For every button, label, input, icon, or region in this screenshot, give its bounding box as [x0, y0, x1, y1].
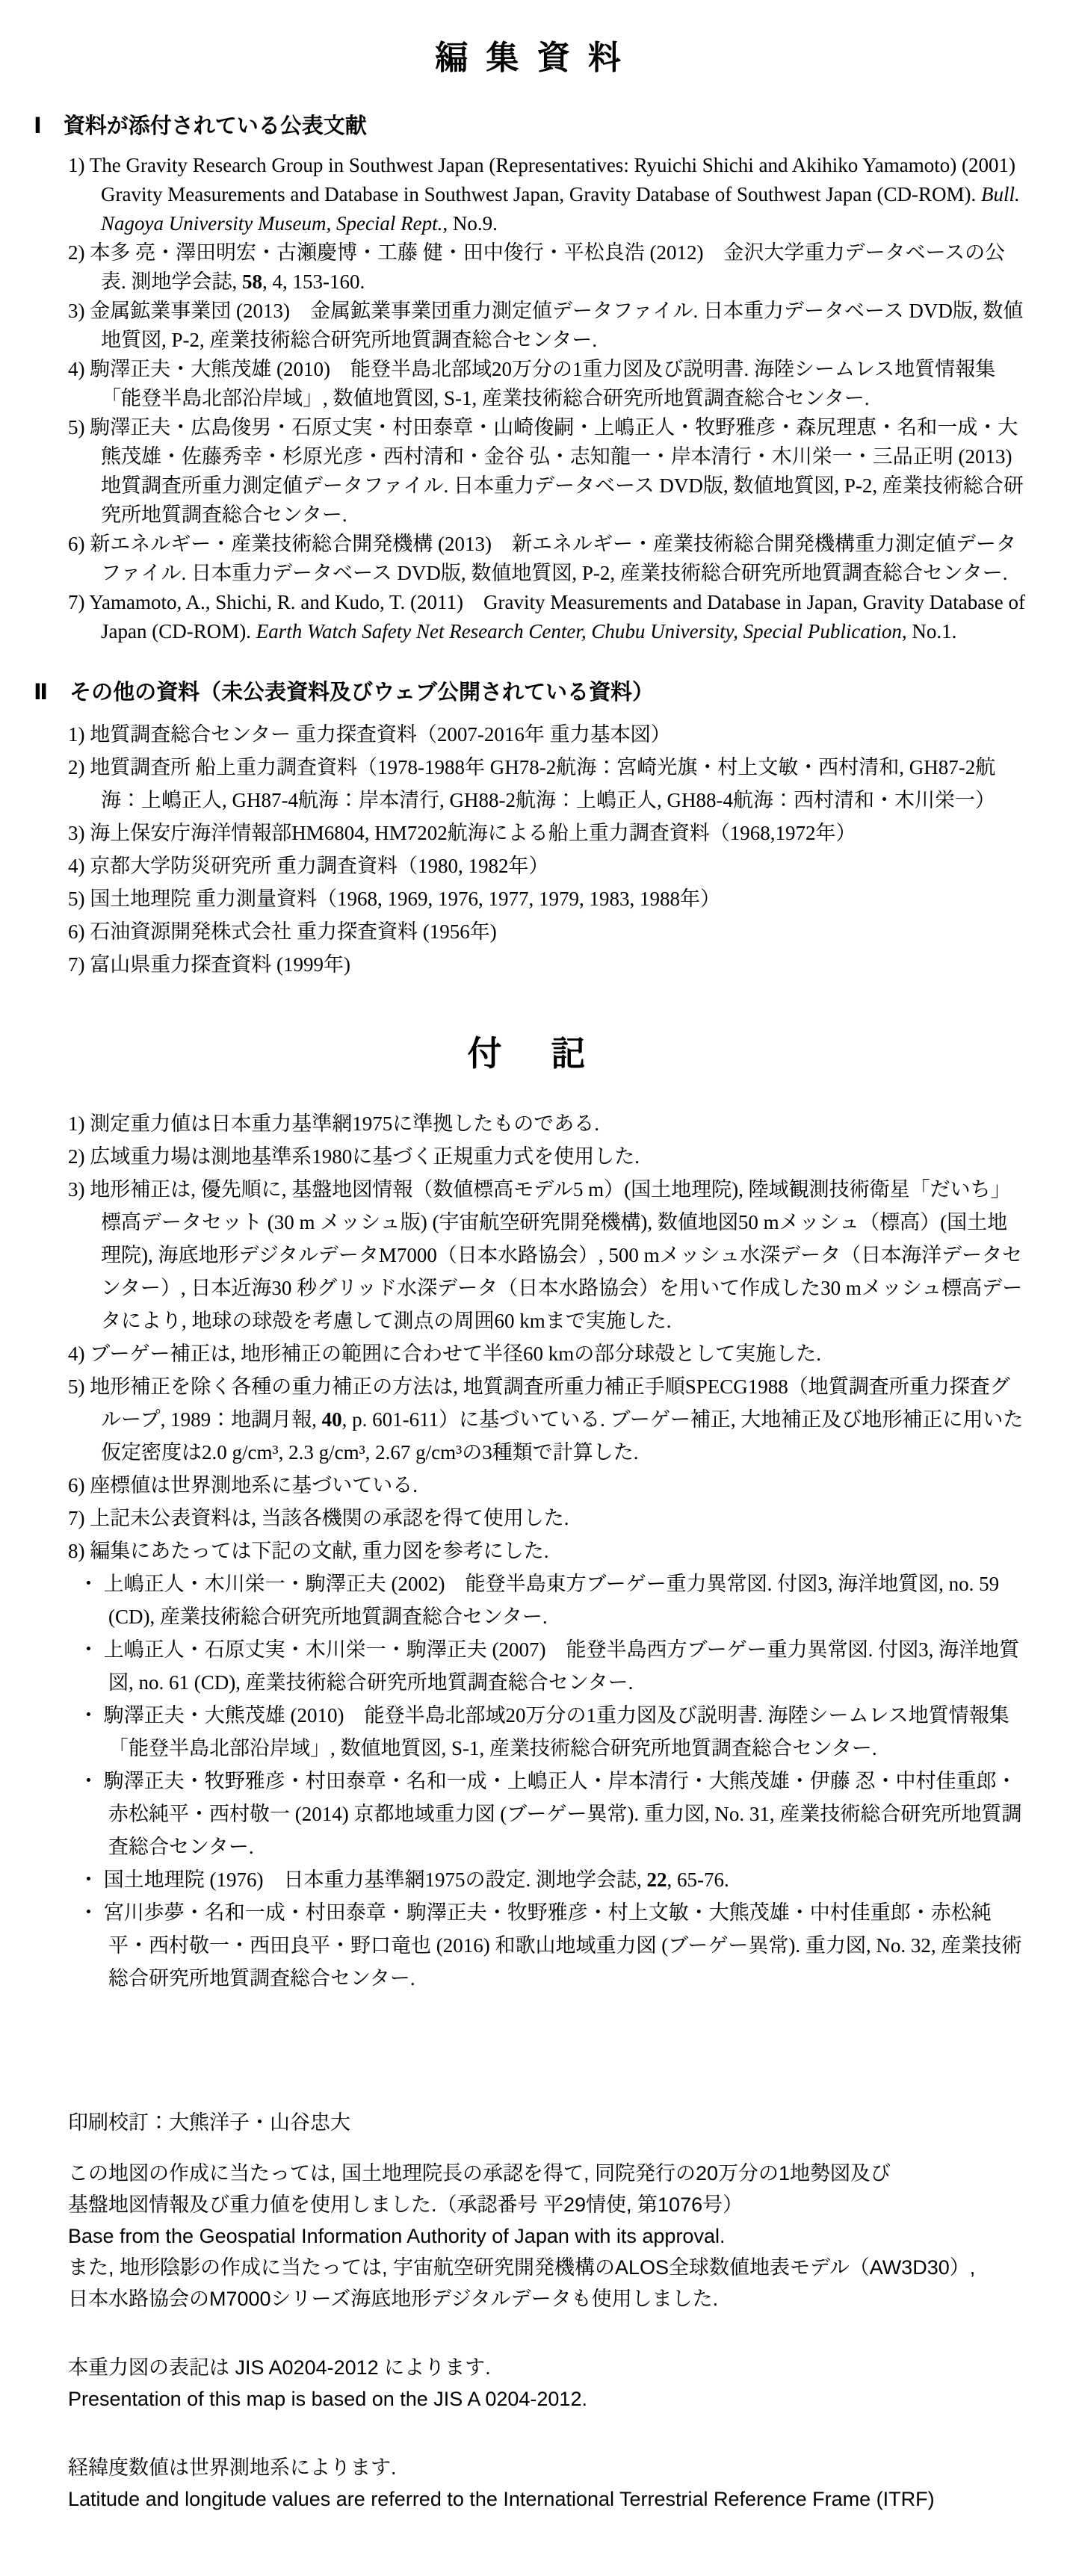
- item-text: 富山県重力探査資料 (1999年): [90, 953, 350, 976]
- item-label: 1): [68, 1112, 90, 1135]
- list-item: ・ 駒澤正夫・大熊茂雄 (2010) 能登半島北部域20万分の1重力図及び説明書…: [78, 1699, 1027, 1765]
- item-text: 上嶋正人・石原丈実・木川栄一・駒澤正夫 (2007) 能登半島西方ブーゲー重力異…: [104, 1638, 1019, 1694]
- section2-list: 1) 地質調査総合センター 重力探査資料（2007-2016年 重力基本図）2)…: [68, 718, 1027, 981]
- item-label: 4): [68, 358, 90, 380]
- list-item: 4) ブーゲー補正は, 地形補正の範囲に合わせて半径60 kmの部分球殻として実…: [68, 1337, 1027, 1370]
- section-other-materials: Ⅱ その他の資料（未公表資料及びウェブ公開されている資料） 1) 地質調査総合セ…: [34, 679, 1027, 981]
- list-item: 5) 地形補正を除く各種の重力補正の方法は, 地質調査所重力補正手順SPECG1…: [68, 1370, 1027, 1469]
- list-item: 1) 測定重力値は日本重力基準網1975に準拠したものである.: [68, 1107, 1027, 1140]
- list-item: ・ 上嶋正人・石原丈実・木川栄一・駒澤正夫 (2007) 能登半島西方ブーゲー重…: [78, 1633, 1027, 1699]
- list-item: 5) 駒澤正夫・広島俊男・石原丈実・村田泰章・山崎俊嗣・上嶋正人・牧野雅彦・森尻…: [68, 413, 1027, 530]
- list-item: ・ 上嶋正人・木川栄一・駒澤正夫 (2002) 能登半島東方ブーゲー重力異常図.…: [78, 1567, 1027, 1633]
- item-text: 編集にあたっては下記の文献, 重力図を参考にした.: [90, 1540, 548, 1562]
- approval-paragraph: この地図の作成に当たっては, 国土地理院長の承認を得て, 同院発行の20万分の1…: [68, 2158, 1027, 2315]
- item-text: 石油資源開発株式会社 重力探査資料 (1956年): [90, 920, 496, 943]
- item-text: 座標値は世界測地系に基づいている.: [90, 1474, 418, 1496]
- item-text: 地質調査総合センター 重力探査資料（2007-2016年 重力基本図）: [90, 723, 670, 746]
- item-text: 地形補正は, 優先順に, 基盤地図情報（数値標高モデル5 m）(国土地理院), …: [90, 1178, 1022, 1332]
- item-text: , 4, 153-160.: [262, 270, 365, 293]
- section1-heading: Ⅰ 資料が添付されている公表文献: [34, 113, 1027, 141]
- item-label: 7): [68, 1507, 90, 1529]
- alos-text-ja-line1: また, 地形陰影の作成に当たっては, 宇宙航空研究開発機構のALOS全球数値地表…: [68, 2252, 1027, 2283]
- list-item: 1) 地質調査総合センター 重力探査資料（2007-2016年 重力基本図）: [68, 718, 1027, 751]
- section2-heading: Ⅱ その他の資料（未公表資料及びウェブ公開されている資料）: [34, 679, 1027, 708]
- jis-paragraph: 本重力図の表記は JIS A0204-2012 によります. Presentat…: [68, 2352, 1027, 2415]
- list-item: 6) 座標値は世界測地系に基づいている.: [68, 1469, 1027, 1502]
- item-label: 3): [68, 1178, 90, 1201]
- datum-paragraph: 経緯度数値は世界測地系によります. Latitude and longitude…: [68, 2452, 1027, 2515]
- colophon: 印刷校訂：大熊洋子・山谷忠大 この地図の作成に当たっては, 国土地理院長の承認を…: [68, 2107, 1027, 2515]
- item-label: 6): [68, 920, 90, 943]
- item-text: 22: [646, 1868, 667, 1891]
- item-text: 駒澤正夫・大熊茂雄 (2010) 能登半島北部域20万分の1重力図及び説明書. …: [104, 1704, 1009, 1759]
- appendix-list: 1) 測定重力値は日本重力基準網1975に準拠したものである.2) 広域重力場は…: [68, 1107, 1027, 1995]
- item-label: 4): [68, 855, 90, 877]
- item-label: 3): [68, 822, 90, 844]
- item-label: ・: [78, 1573, 104, 1595]
- item-label: ・: [78, 1638, 104, 1661]
- item-text: 駒澤正夫・広島俊男・石原丈実・村田泰章・山崎俊嗣・上嶋正人・牧野雅彦・森尻理恵・…: [90, 416, 1032, 526]
- item-text: 宮川歩夢・名和一成・村田泰章・駒澤正夫・牧野雅彦・村上文敏・大熊茂雄・中村佳重郎…: [104, 1901, 1022, 1990]
- list-item: 4) 駒澤正夫・大熊茂雄 (2010) 能登半島北部域20万分の1重力図及び説明…: [68, 355, 1027, 413]
- sub-reference-list: ・ 上嶋正人・木川栄一・駒澤正夫 (2002) 能登半島東方ブーゲー重力異常図.…: [78, 1567, 1027, 1995]
- item-text: The Gravity Research Group in Southwest …: [90, 154, 1036, 205]
- item-text: , No.1.: [902, 620, 957, 643]
- item-text: 測定重力値は日本重力基準網1975に準拠したものである.: [90, 1112, 599, 1135]
- item-label: 6): [68, 533, 90, 555]
- item-text: 国土地理院 (1976) 日本重力基準網1975の設定. 測地学会誌,: [104, 1868, 647, 1891]
- item-text: 金属鉱業事業団 (2013) 金属鉱業事業団重力測定値データファイル. 日本重力…: [90, 300, 1023, 351]
- item-text: ブーゲー補正は, 地形補正の範囲に合わせて半径60 kmの部分球殻として実施した…: [90, 1343, 821, 1365]
- item-label: 5): [68, 888, 90, 910]
- item-label: 8): [68, 1540, 90, 1562]
- item-text: 58: [242, 270, 262, 293]
- item-label: 2): [68, 756, 90, 778]
- item-text: 地質調査所 船上重力調査資料（1978-1988年 GH78-2航海：宮崎光旗・…: [90, 756, 995, 811]
- page-title: 編 集 資 料: [34, 39, 1027, 78]
- item-label: 4): [68, 1343, 90, 1365]
- jis-text-en: Presentation of this map is based on the…: [68, 2383, 1027, 2415]
- item-text: 新エネルギー・産業技術総合開発機構 (2013) 新エネルギー・産業技術総合開発…: [90, 533, 1016, 584]
- item-label: ・: [78, 1868, 104, 1891]
- list-item: 2) 本多 亮・澤田明宏・古瀬慶博・工藤 健・田中俊行・平松良浩 (2012) …: [68, 238, 1027, 297]
- item-text: 海上保安庁海洋情報部HM6804, HM7202航海による船上重力調査資料（19…: [90, 822, 856, 844]
- item-label: ・: [78, 1901, 104, 1924]
- item-label: 6): [68, 1474, 90, 1496]
- list-item: 7) Yamamoto, A., Shichi, R. and Kudo, T.…: [68, 588, 1027, 646]
- item-label: ・: [78, 1770, 104, 1792]
- item-label: 7): [68, 953, 90, 976]
- item-label: 7): [68, 591, 89, 613]
- appendix-title: 付 記: [34, 1033, 1027, 1074]
- item-label: ・: [78, 1704, 104, 1727]
- list-item: 8) 編集にあたっては下記の文献, 重力図を参考にした.: [68, 1535, 1027, 1567]
- section-published-references: Ⅰ 資料が添付されている公表文献 1) The Gravity Research…: [34, 113, 1027, 647]
- list-item: 3) 金属鉱業事業団 (2013) 金属鉱業事業団重力測定値データファイル. 日…: [68, 297, 1027, 355]
- item-label: 1): [68, 723, 90, 746]
- item-text: 上記未公表資料は, 当該各機関の承認を得て使用した.: [90, 1507, 569, 1529]
- item-text: 40: [322, 1408, 342, 1431]
- document-page: 編 集 資 料 Ⅰ 資料が添付されている公表文献 1) The Gravity …: [0, 0, 1073, 2576]
- approval-text-en: Base from the Geospatial Information Aut…: [68, 2220, 1027, 2252]
- list-item: ・ 宮川歩夢・名和一成・村田泰章・駒澤正夫・牧野雅彦・村上文敏・大熊茂雄・中村佳…: [78, 1896, 1027, 1995]
- approval-text-ja-line2: 基盤地図情報及び重力値を使用しました.（承認番号 平29情使, 第1076号）: [68, 2189, 1027, 2220]
- item-text: 駒澤正夫・牧野雅彦・村田泰章・名和一成・上嶋正人・岸本清行・大熊茂雄・伊藤 忍・…: [104, 1770, 1022, 1858]
- print-proof-line: 印刷校訂：大熊洋子・山谷忠大: [68, 2107, 1027, 2138]
- list-item: 4) 京都大学防災研究所 重力調査資料（1980, 1982年）: [68, 849, 1027, 882]
- item-label: 3): [68, 300, 90, 322]
- item-label: 2): [68, 1145, 90, 1168]
- item-text: 上嶋正人・木川栄一・駒澤正夫 (2002) 能登半島東方ブーゲー重力異常図. 付…: [104, 1573, 999, 1628]
- item-label: 5): [68, 1375, 90, 1398]
- approval-text-ja-line1: この地図の作成に当たっては, 国土地理院長の承認を得て, 同院発行の20万分の1…: [68, 2158, 1027, 2189]
- alos-text-ja-line2: 日本水路協会のM7000シリーズ海底地形デジタルデータも使用しました.: [68, 2283, 1027, 2315]
- list-item: 7) 富山県重力探査資料 (1999年): [68, 948, 1027, 981]
- list-item: 3) 地形補正は, 優先順に, 基盤地図情報（数値標高モデル5 m）(国土地理院…: [68, 1173, 1027, 1337]
- list-item: 5) 国土地理院 重力測量資料（1968, 1969, 1976, 1977, …: [68, 882, 1027, 915]
- item-text: , No.9.: [442, 212, 498, 235]
- datum-text-en: Latitude and longitude values are referr…: [68, 2483, 1027, 2515]
- list-item: 1) The Gravity Research Group in Southwe…: [68, 151, 1027, 238]
- list-item: 6) 石油資源開発株式会社 重力探査資料 (1956年): [68, 915, 1027, 948]
- item-text: 駒澤正夫・大熊茂雄 (2010) 能登半島北部域20万分の1重力図及び説明書. …: [90, 358, 995, 409]
- list-item: ・ 国土地理院 (1976) 日本重力基準網1975の設定. 測地学会誌, 22…: [78, 1863, 1027, 1896]
- jis-text-ja: 本重力図の表記は JIS A0204-2012 によります.: [68, 2352, 1027, 2383]
- section1-list: 1) The Gravity Research Group in Southwe…: [68, 151, 1027, 646]
- list-item: 3) 海上保安庁海洋情報部HM6804, HM7202航海による船上重力調査資料…: [68, 817, 1027, 849]
- list-item: 2) 広域重力場は測地基準系1980に基づく正規重力式を使用した.: [68, 1140, 1027, 1173]
- list-item: 7) 上記未公表資料は, 当該各機関の承認を得て使用した.: [68, 1502, 1027, 1535]
- item-text: 本多 亮・澤田明宏・古瀬慶博・工藤 健・田中俊行・平松良浩 (2012) 金沢大…: [90, 241, 1005, 293]
- list-item: 2) 地質調査所 船上重力調査資料（1978-1988年 GH78-2航海：宮崎…: [68, 751, 1027, 817]
- item-text: 京都大学防災研究所 重力調査資料（1980, 1982年）: [90, 855, 548, 877]
- item-label: 5): [68, 416, 90, 439]
- item-label: 2): [68, 241, 90, 264]
- datum-text-ja: 経緯度数値は世界測地系によります.: [68, 2452, 1027, 2483]
- list-item: 6) 新エネルギー・産業技術総合開発機構 (2013) 新エネルギー・産業技術総…: [68, 530, 1027, 588]
- item-text: , 65-76.: [667, 1868, 729, 1891]
- item-label: 1): [68, 154, 90, 176]
- item-text: 国土地理院 重力測量資料（1968, 1969, 1976, 1977, 197…: [90, 888, 720, 910]
- item-text: Earth Watch Safety Net Research Center, …: [256, 620, 902, 643]
- list-item: ・ 駒澤正夫・牧野雅彦・村田泰章・名和一成・上嶋正人・岸本清行・大熊茂雄・伊藤 …: [78, 1765, 1027, 1863]
- item-text: 広域重力場は測地基準系1980に基づく正規重力式を使用した.: [90, 1145, 640, 1168]
